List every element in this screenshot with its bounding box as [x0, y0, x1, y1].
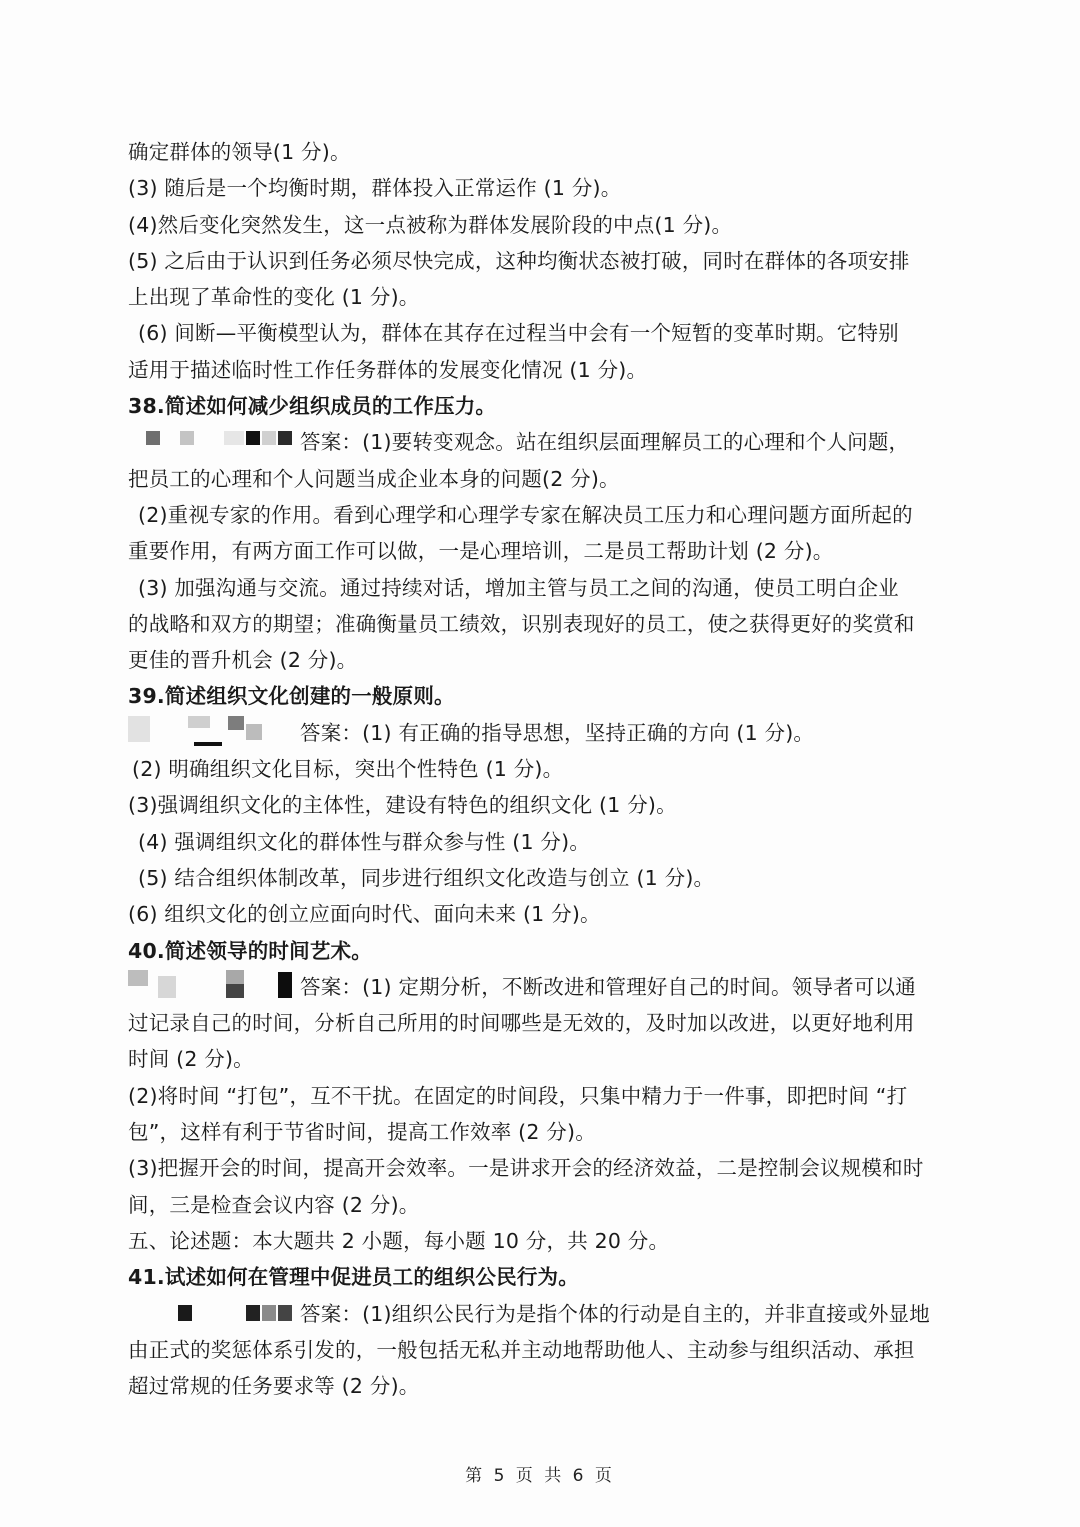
page-number: 第 5 页 共 6 页 — [0, 1461, 1080, 1486]
section-heading: 五、论述题：本大题共 2 小题，每小题 10 分，共 20 分。 — [128, 1223, 954, 1259]
body-line: 上出现了革命性的变化 (1 分)。 — [128, 279, 954, 315]
body-line: 超过常规的任务要求等 (2 分)。 — [128, 1368, 954, 1404]
document-body: 确定群体的领导(1 分)。 (3) 随后是一个均衡时期，群体投入正常运作 (1 … — [128, 134, 954, 1404]
body-line: (2)将时间 “打包”，互不干扰。在固定的时间段，只集中精力于一件事，即把时间 … — [128, 1078, 954, 1114]
body-line: (4)然后变化突然发生，这一点被称为群体发展阶段的中点(1 分)。 — [128, 207, 954, 243]
body-line: (2) 明确组织文化目标，突出个性特色 (1 分)。 — [128, 751, 954, 787]
answer-text: 答案：(1) 定期分析，不断改进和管理好自己的时间。领导者可以通 — [300, 975, 916, 999]
question-40-heading: 40.简述领导的时间艺术。 — [128, 933, 954, 969]
answer-38-line: 答案：(1)要转变观念。站在组织层面理解员工的心理和个人问题， — [128, 424, 954, 460]
body-line: 包”，这样有利于节省时间，提高工作效率 (2 分)。 — [128, 1114, 954, 1150]
answer-text: 答案：(1) 有正确的指导思想，坚持正确的方向 (1 分)。 — [300, 721, 814, 745]
body-line: (6) 间断—平衡模型认为，群体在其存在过程当中会有一个短暂的变革时期。它特别 — [128, 315, 954, 351]
redaction-mosaic — [128, 1297, 300, 1327]
body-line: (2)重视专家的作用。看到心理学和心理学专家在解决员工压力和心理问题方面所起的 — [128, 497, 954, 533]
body-line: (3)把握开会的时间，提高开会效率。一是讲求开会的经济效益，二是控制会议规模和时 — [128, 1150, 954, 1186]
body-line: (5) 结合组织体制改革，同步进行组织文化改造与创立 (1 分)。 — [128, 860, 954, 896]
document-page: 确定群体的领导(1 分)。 (3) 随后是一个均衡时期，群体投入正常运作 (1 … — [0, 0, 1080, 1527]
body-line: 由正式的奖惩体系引发的，一般包括无私并主动地帮助他人、主动参与组织活动、承担 — [128, 1332, 954, 1368]
body-line: 时间 (2 分)。 — [128, 1041, 954, 1077]
body-line: (4) 强调组织文化的群体性与群众参与性 (1 分)。 — [128, 824, 954, 860]
body-line: (6) 组织文化的创立应面向时代、面向未来 (1 分)。 — [128, 896, 954, 932]
body-line: 过记录自己的时间，分析自己所用的时间哪些是无效的，及时加以改进，以更好地利用 — [128, 1005, 954, 1041]
answer-text: 答案：(1)组织公民行为是指个体的行动是自主的，并非直接或外显地 — [300, 1302, 930, 1326]
question-39-heading: 39.简述组织文化创建的一般原则。 — [128, 678, 954, 714]
question-41-heading: 41.试述如何在管理中促进员工的组织公民行为。 — [128, 1259, 954, 1295]
question-38-heading: 38.简述如何减少组织成员的工作压力。 — [128, 388, 954, 424]
body-line: (3) 随后是一个均衡时期，群体投入正常运作 (1 分)。 — [128, 170, 954, 206]
redaction-mosaic — [128, 970, 300, 1000]
answer-41-line: 答案：(1)组织公民行为是指个体的行动是自主的，并非直接或外显地 — [128, 1296, 954, 1332]
body-line: 间，三是检查会议内容 (2 分)。 — [128, 1187, 954, 1223]
body-line: (5) 之后由于认识到任务必须尽快完成，这种均衡状态被打破，同时在群体的各项安排 — [128, 243, 954, 279]
body-line: 适用于描述临时性工作任务群体的发展变化情况 (1 分)。 — [128, 352, 954, 388]
body-line: (3)强调组织文化的主体性，建设有特色的组织文化 (1 分)。 — [128, 787, 954, 823]
redaction-mosaic — [128, 425, 300, 455]
redaction-mosaic — [128, 716, 300, 746]
body-line: 重要作用，有两方面工作可以做，一是心理培训，二是员工帮助计划 (2 分)。 — [128, 533, 954, 569]
body-line: 的战略和双方的期望；准确衡量员工绩效，识别表现好的员工，使之获得更好的奖赏和 — [128, 606, 954, 642]
answer-39-line: 答案：(1) 有正确的指导思想，坚持正确的方向 (1 分)。 — [128, 715, 954, 751]
answer-40-line: 答案：(1) 定期分析，不断改进和管理好自己的时间。领导者可以通 — [128, 969, 954, 1005]
body-line: 更佳的晋升机会 (2 分)。 — [128, 642, 954, 678]
body-line: (3) 加强沟通与交流。通过持续对话，增加主管与员工之间的沟通，使员工明白企业 — [128, 570, 954, 606]
body-line: 确定群体的领导(1 分)。 — [128, 134, 954, 170]
answer-text: 答案：(1)要转变观念。站在组织层面理解员工的心理和个人问题， — [300, 430, 909, 454]
body-line: 把员工的心理和个人问题当成企业本身的问题(2 分)。 — [128, 461, 954, 497]
